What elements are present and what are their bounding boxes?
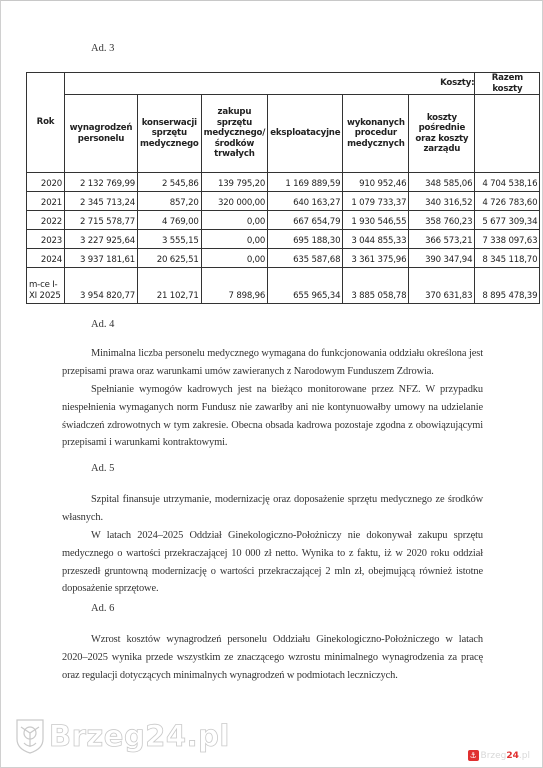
cell-value: 1 930 546,55 — [343, 211, 409, 230]
cell-year: 2023 — [27, 230, 65, 249]
cell-value: 640 163,27 — [268, 192, 343, 211]
cell-value: 20 625,51 — [138, 249, 202, 268]
cell-value: 139 795,20 — [201, 173, 268, 192]
cell-year: 2024 — [27, 249, 65, 268]
header-eksploatacyjne: eksploatacyjne — [268, 95, 343, 173]
cell-value: 2 545,86 — [138, 173, 202, 192]
cell-value: 695 188,30 — [268, 230, 343, 249]
cell-value: 2 132 769,99 — [65, 173, 138, 192]
cell-value: 0,00 — [201, 249, 268, 268]
cell-value: 3 044 855,33 — [343, 230, 409, 249]
cell-value: 655 965,34 — [268, 268, 343, 304]
watermark-small: ⚓ Brzeg24.pl — [468, 750, 530, 761]
cell-value: 3 227 925,64 — [65, 230, 138, 249]
table-header-row-top: Rok Koszty: Razem koszty — [27, 73, 540, 95]
paragraph-ad4-2: Spełnianie wymogów kadrowych jest na bie… — [62, 381, 483, 452]
table-row: m-ce I-XI 20253 954 820,7721 102,717 898… — [27, 268, 540, 304]
cell-value: 2 715 578,77 — [65, 211, 138, 230]
cell-value: 348 585,06 — [409, 173, 475, 192]
cell-value: 340 316,52 — [409, 192, 475, 211]
section-heading-ad4: Ad. 4 — [91, 319, 114, 330]
cell-value: 910 952,46 — [343, 173, 409, 192]
header-posrednie: koszty pośrednie oraz koszty zarządu — [409, 95, 475, 173]
paragraph-ad5-2: W latach 2024–2025 Oddział Ginekologiczn… — [62, 527, 483, 598]
cell-value: 320 000,00 — [201, 192, 268, 211]
section-heading-ad6: Ad. 6 — [91, 603, 114, 614]
cell-year: 2022 — [27, 211, 65, 230]
header-konserwacji: konserwacji sprzętu medycznego — [138, 95, 202, 173]
watermark-tld: .pl — [519, 751, 530, 761]
section-heading-ad5: Ad. 5 — [91, 463, 114, 474]
cell-value: 0,00 — [201, 211, 268, 230]
watermark-large: Brzeg24.pl — [15, 717, 230, 755]
cell-value: 3 937 181,61 — [65, 249, 138, 268]
cell-value: 4 726 783,60 — [475, 192, 540, 211]
cell-value: 7 898,96 — [201, 268, 268, 304]
table-row: 20243 937 181,6120 625,510,00635 587,683… — [27, 249, 540, 268]
document-page: Ad. 3 Rok Koszty: Razem koszty wynagrodz… — [0, 0, 543, 768]
cell-value: 0,00 — [201, 230, 268, 249]
cell-value: 3 885 058,78 — [343, 268, 409, 304]
cell-value: 667 654,79 — [268, 211, 343, 230]
anchor-shield-icon — [15, 717, 45, 755]
cell-value: 1 079 733,37 — [343, 192, 409, 211]
header-razem-empty — [475, 95, 540, 173]
header-wynagrodzen: wynagrodzeń personelu — [65, 95, 138, 173]
cell-value: 4 769,00 — [138, 211, 202, 230]
paragraph-ad4-1: Minimalna liczba personelu medycznego wy… — [62, 345, 483, 381]
paragraph-ad5-1: Szpital finansuje utrzymanie, modernizac… — [62, 491, 483, 527]
brand-logo-icon: ⚓ — [468, 750, 479, 761]
cell-value: 3 954 820,77 — [65, 268, 138, 304]
cell-value: 2 345 713,24 — [65, 192, 138, 211]
table-header-row-columns: wynagrodzeń personelu konserwacji sprzęt… — [27, 95, 540, 173]
cell-value: 7 338 097,63 — [475, 230, 540, 249]
header-rok: Rok — [27, 73, 65, 173]
cell-value: 3 361 375,96 — [343, 249, 409, 268]
header-zakupu: zakupu sprzętu medycznego/ środków trwał… — [201, 95, 268, 173]
cell-value: 21 102,71 — [138, 268, 202, 304]
cell-value: 8 895 478,39 — [475, 268, 540, 304]
costs-table: Rok Koszty: Razem koszty wynagrodzeń per… — [26, 72, 540, 304]
table-row: 20222 715 578,774 769,000,00667 654,791 … — [27, 211, 540, 230]
cell-year: 2021 — [27, 192, 65, 211]
section-heading-ad3: Ad. 3 — [91, 43, 114, 54]
cell-year: 2020 — [27, 173, 65, 192]
cell-value: 390 347,94 — [409, 249, 475, 268]
cell-value: 366 573,21 — [409, 230, 475, 249]
cell-year: m-ce I-XI 2025 — [27, 268, 65, 304]
cell-value: 5 677 309,34 — [475, 211, 540, 230]
header-koszty: Koszty: — [65, 73, 475, 95]
paragraph-ad6-1: Wzrost kosztów wynagrodzeń personelu Odd… — [62, 631, 483, 684]
table-body: 20202 132 769,992 545,86139 795,201 169 … — [27, 173, 540, 304]
cell-value: 1 169 889,59 — [268, 173, 343, 192]
table-row: 20212 345 713,24857,20320 000,00640 163,… — [27, 192, 540, 211]
cell-value: 358 760,23 — [409, 211, 475, 230]
cell-value: 4 704 538,16 — [475, 173, 540, 192]
watermark-brand: Brzeg — [481, 751, 507, 761]
table-row: 20202 132 769,992 545,86139 795,201 169 … — [27, 173, 540, 192]
cell-value: 8 345 118,70 — [475, 249, 540, 268]
cell-value: 3 555,15 — [138, 230, 202, 249]
cell-value: 635 587,68 — [268, 249, 343, 268]
table-row: 20233 227 925,643 555,150,00695 188,303 … — [27, 230, 540, 249]
cell-value: 370 631,83 — [409, 268, 475, 304]
header-razem-koszty: Razem koszty — [475, 73, 540, 95]
header-procedur: wykonanych procedur medycznych — [343, 95, 409, 173]
watermark-large-text: Brzeg24.pl — [49, 719, 230, 753]
watermark-number: 24 — [506, 751, 519, 761]
cell-value: 857,20 — [138, 192, 202, 211]
